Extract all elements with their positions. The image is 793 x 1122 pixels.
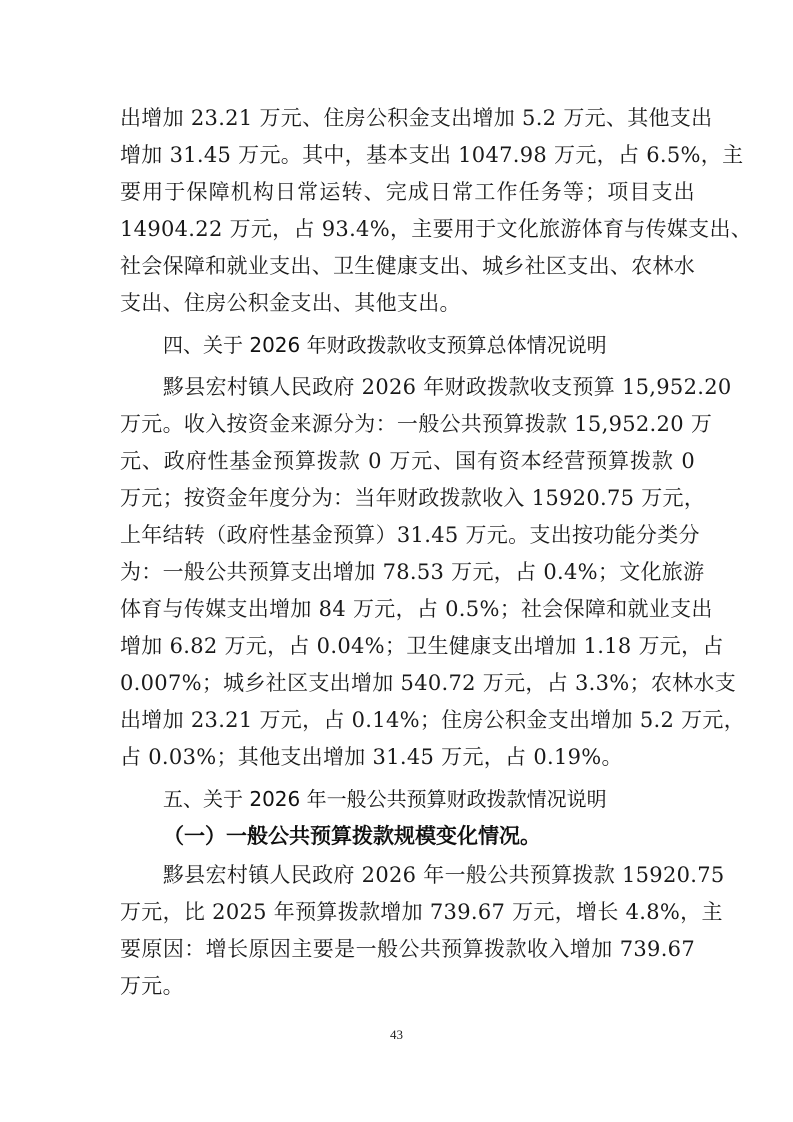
paragraph-line: 上年结转（政府性基金预算）31.45 万元。支出按功能分类分 (120, 517, 695, 553)
paragraph-line: 占 0.03%；其他支出增加 31.45 万元，占 0.19%。 (120, 739, 695, 775)
paragraph-line: 体育与传媒支出增加 84 万元，占 0.5%；社会保障和就业支出 (120, 591, 695, 627)
paragraph-line: 增加 31.45 万元。其中，基本支出 1047.98 万元，占 6.5%，主 (120, 137, 695, 173)
paragraph-line: 万元，比 2025 年预算拨款增加 739.67 万元，增长 4.8%，主 (120, 894, 695, 930)
paragraph-line: 增加 6.82 万元，占 0.04%；卫生健康支出增加 1.18 万元，占 (120, 628, 695, 664)
section-heading-4: 四、关于 2026 年财政拨款收支预算总体情况说明 (163, 327, 607, 363)
paragraph-line: 黟县宏村镇人民政府 2026 年财政拨款收支预算 15,952.20 (163, 369, 695, 405)
paragraph-line: 出增加 23.21 万元、住房公积金支出增加 5.2 万元、其他支出 (120, 100, 695, 136)
paragraph-line: 0.007%；城乡社区支出增加 540.72 万元，占 3.3%；农林水支 (120, 665, 695, 701)
paragraph-line: 支出、住房公积金支出、其他支出。 (120, 285, 695, 321)
paragraph-line: 出增加 23.21 万元，占 0.14%；住房公积金支出增加 5.2 万元， (120, 702, 695, 738)
paragraph-line: 万元；按资金年度分为：当年财政拨款收入 15920.75 万元， (120, 480, 695, 516)
paragraph-line: 万元。 (120, 968, 695, 1004)
subsection-heading: （一）一般公共预算拨款规模变化情况。 (163, 818, 541, 854)
paragraph-line: 社会保障和就业支出、卫生健康支出、城乡社区支出、农林水 (120, 248, 695, 284)
paragraph-line: 黟县宏村镇人民政府 2026 年一般公共预算拨款 15920.75 (163, 857, 695, 893)
section-heading-5: 五、关于 2026 年一般公共预算财政拨款情况说明 (163, 781, 607, 817)
paragraph-line: 元、政府性基金预算拨款 0 万元、国有资本经营预算拨款 0 (120, 443, 695, 479)
paragraph-line: 14904.22 万元，占 93.4%，主要用于文化旅游体育与传媒支出、 (120, 211, 695, 247)
page-number: 43 (0, 1027, 793, 1043)
document-page: 出增加 23.21 万元、住房公积金支出增加 5.2 万元、其他支出 增加 31… (0, 0, 793, 1122)
paragraph-line: 为：一般公共预算支出增加 78.53 万元，占 0.4%；文化旅游 (120, 554, 695, 590)
paragraph-line: 要用于保障机构日常运转、完成日常工作任务等；项目支出 (120, 174, 695, 210)
paragraph-line: 万元。收入按资金来源分为：一般公共预算拨款 15,952.20 万 (120, 406, 695, 442)
paragraph-line: 要原因：增长原因主要是一般公共预算拨款收入增加 739.67 (120, 931, 695, 967)
